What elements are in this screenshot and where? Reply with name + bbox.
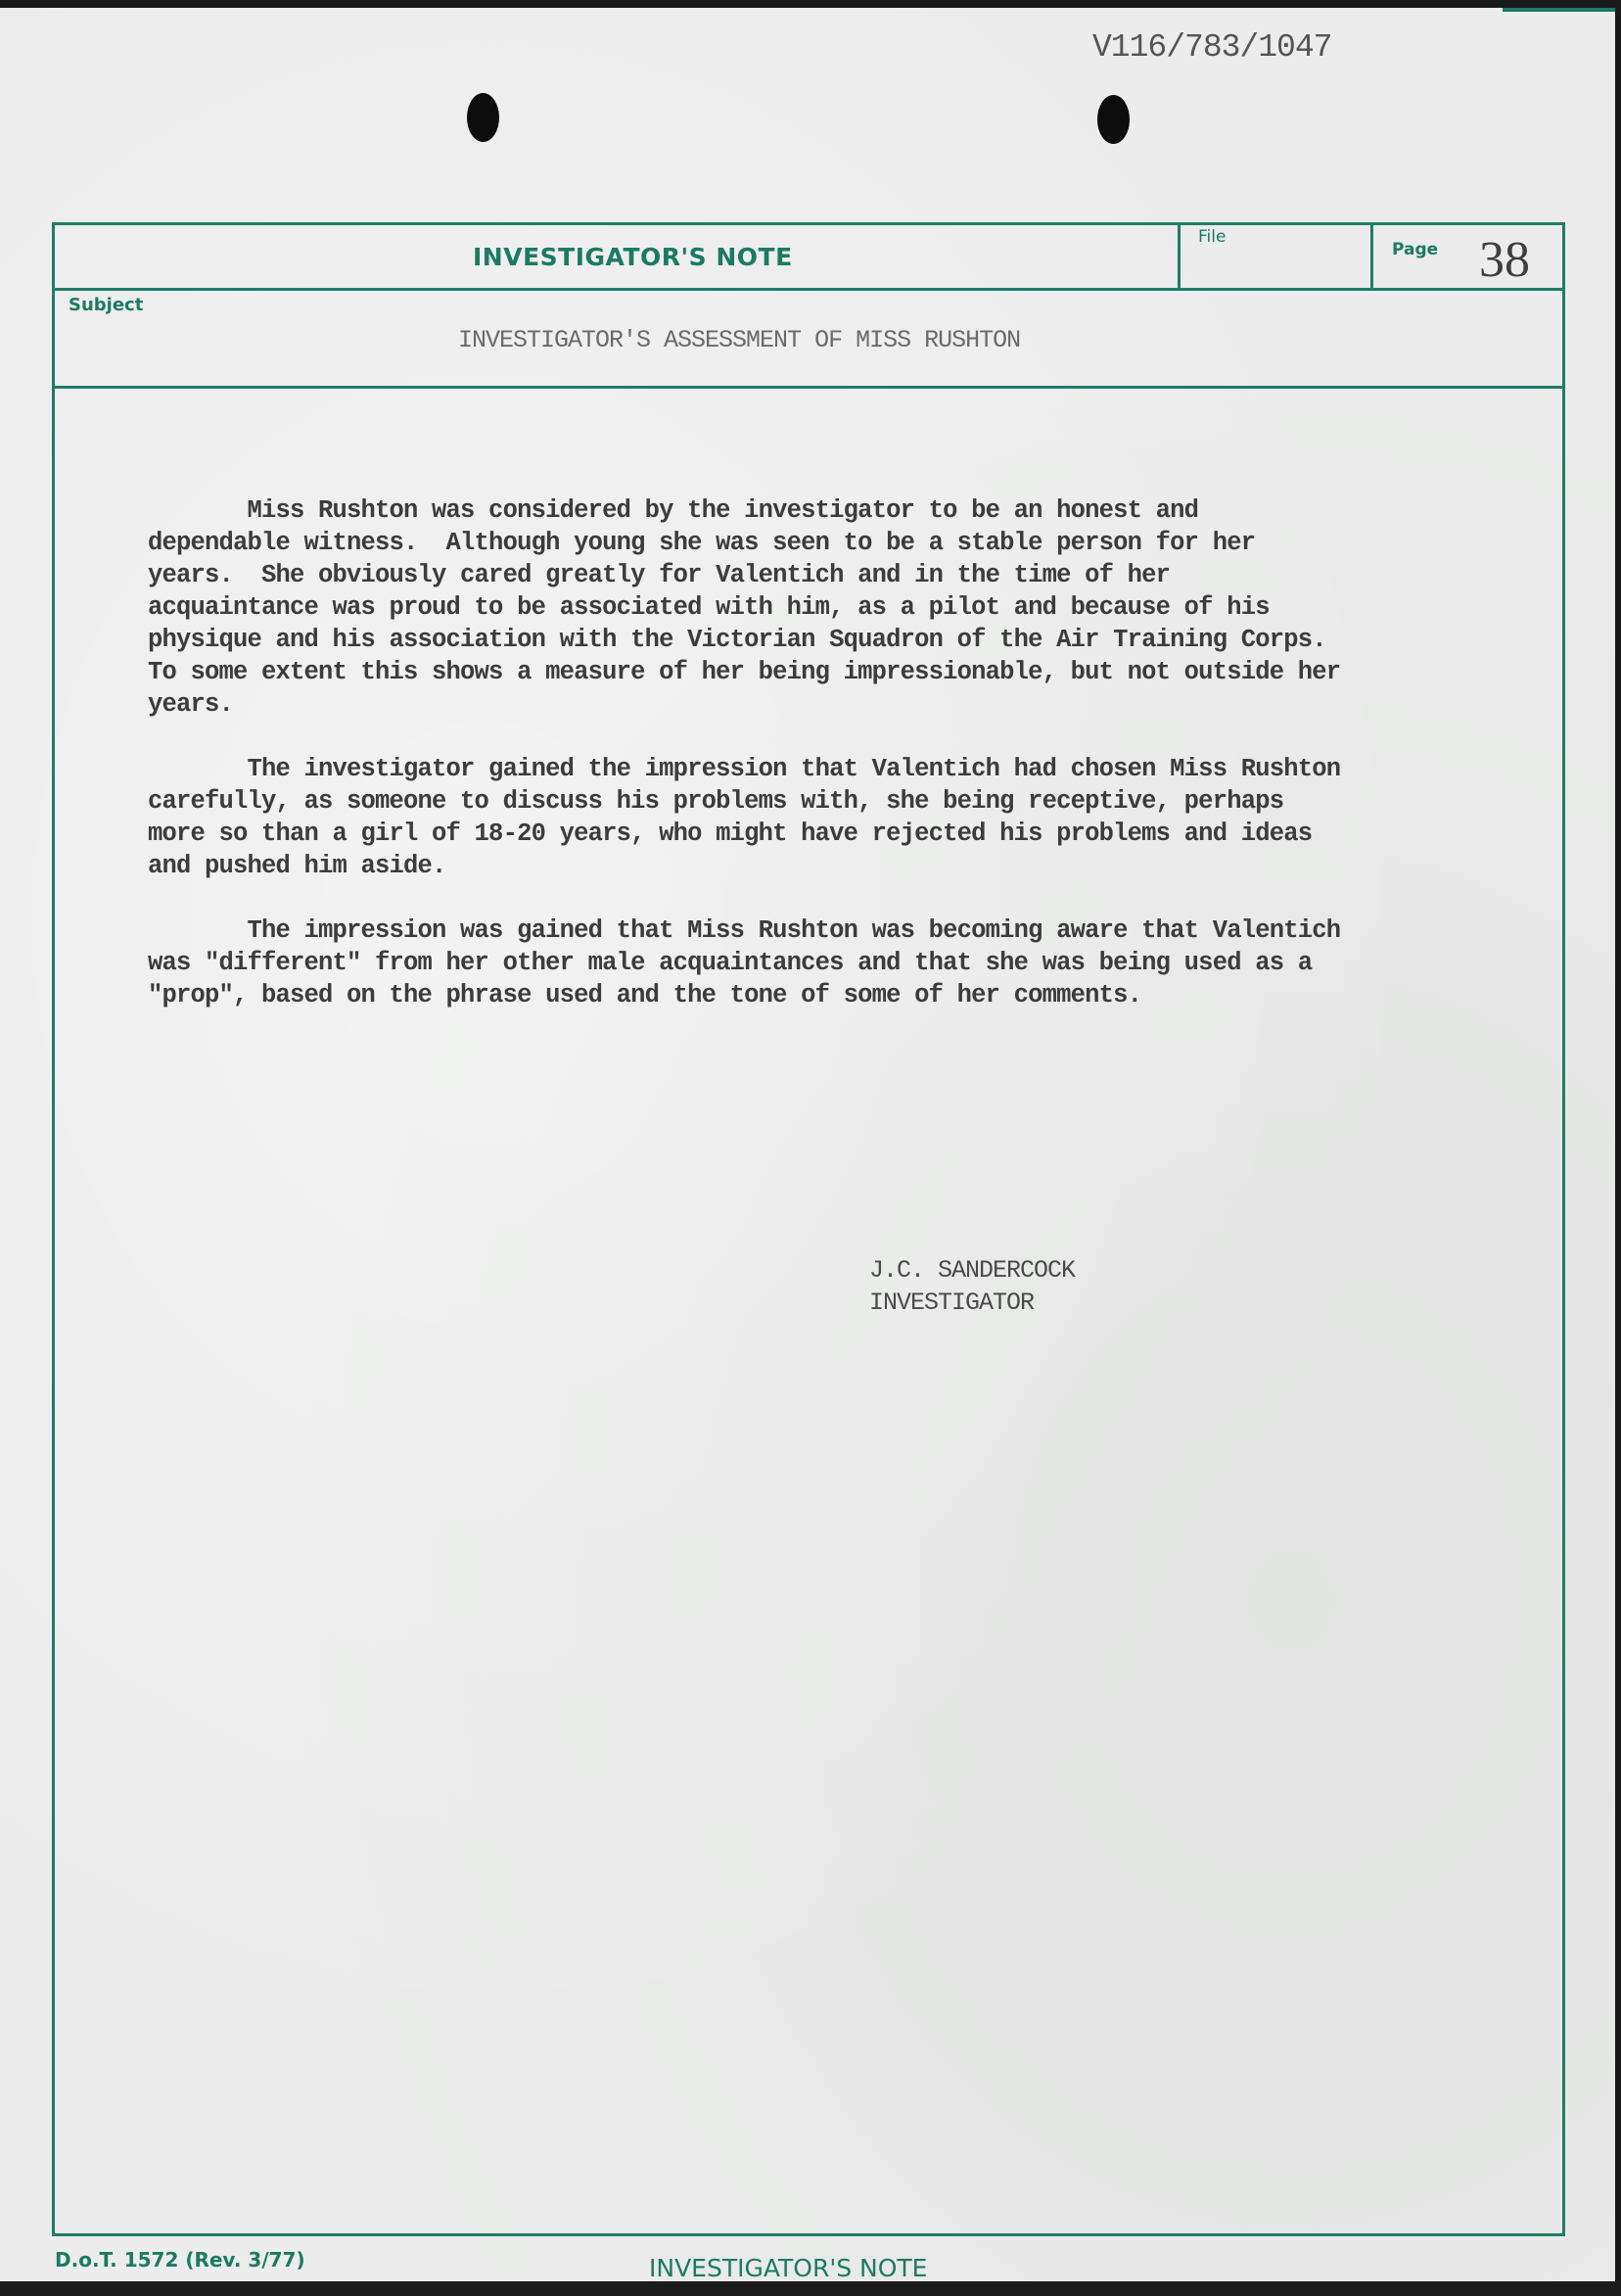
- signature-name: J.C. SANDERCOCK: [869, 1256, 1075, 1285]
- paragraph-1: Miss Rushton was considered by the inves…: [148, 494, 1557, 721]
- paragraph-3: The impression was gained that Miss Rush…: [148, 914, 1557, 1011]
- form-frame: INVESTIGATOR'S NOTE File Page 38 Subject…: [52, 222, 1565, 2236]
- signature-block: J.C. SANDERCOCK INVESTIGATOR: [869, 1254, 1075, 1319]
- subject-row: Subject INVESTIGATOR'S ASSESSMENT OF MIS…: [55, 291, 1562, 389]
- form-header: INVESTIGATOR'S NOTE File Page 38: [55, 225, 1562, 291]
- punch-hole-left: [467, 93, 499, 142]
- punch-hole-right: [1097, 95, 1130, 144]
- footer-title: INVESTIGATOR'S NOTE: [649, 2254, 927, 2282]
- subject-text: INVESTIGATOR'S ASSESSMENT OF MISS RUSHTO…: [458, 326, 1020, 354]
- page-number: 38: [1479, 231, 1530, 289]
- paragraph-2: The investigator gained the impression t…: [148, 753, 1557, 882]
- form-title: INVESTIGATOR'S NOTE: [473, 243, 793, 271]
- form-code: D.o.T. 1572 (Rev. 3/77): [55, 2248, 305, 2272]
- file-cell: File: [1178, 225, 1373, 288]
- file-number: V116/783/1047: [1092, 29, 1331, 66]
- page-label: Page: [1392, 240, 1438, 259]
- document-page: INVESTIGATOR'S NOTE File Page 38 Subject…: [0, 8, 1615, 2281]
- file-label: File: [1198, 227, 1226, 247]
- body-text: Miss Rushton was considered by the inves…: [148, 494, 1557, 1044]
- edge-strip: [1503, 8, 1615, 12]
- signature-title: INVESTIGATOR: [869, 1289, 1034, 1317]
- subject-label: Subject: [69, 295, 143, 315]
